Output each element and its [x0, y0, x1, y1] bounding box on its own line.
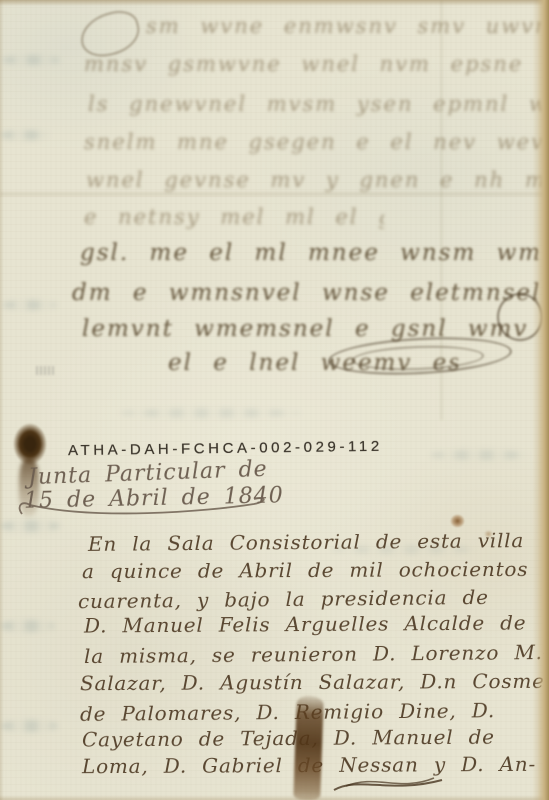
fold-crease	[0, 192, 549, 196]
manuscript-page: sm wvne enmwsnv smv uwvme, nme v mw znvm…	[0, 0, 549, 800]
bleedthrough-mark	[0, 720, 58, 732]
body-line: Cayetano de Tejada, D. Manuel de	[82, 725, 495, 752]
bleedthrough-mark	[120, 408, 300, 418]
body-line: Salazar, D. Agustín Salazar, D.n Cosme	[80, 669, 545, 695]
bleedthrough-mark	[430, 450, 530, 460]
body-line: la misma, se reunieron D. Lorenzo M.ª	[84, 640, 549, 668]
faded-ink-line: mnsv gsmwvne wnel nvm epsne mev lla gnem…	[84, 52, 542, 79]
bleedthrough-mark	[0, 520, 60, 532]
fold-crease	[440, 0, 443, 420]
round-stain	[450, 514, 465, 528]
bleedthrough-mark	[0, 130, 50, 140]
pencil-speck	[36, 366, 56, 375]
faded-ink-line: dm e wmnsnvel wnse eletmnsel nwe mv snel	[72, 280, 542, 307]
faded-ink-line: snelm mne gsegen e el nev wevml mnw el w…	[84, 130, 546, 157]
faded-ink-line: ls gnewvnel mvsm ysen epmnl wve nle wmv …	[88, 92, 542, 119]
page-edge-left	[0, 0, 4, 800]
bleedthrough-mark	[2, 300, 57, 310]
body-line: a quince de Abril de mil ochocientos	[82, 557, 528, 583]
bleedthrough-mark	[0, 620, 55, 632]
body-line: En la Sala Consistorial de esta villa	[88, 528, 524, 556]
faded-ink-line: e netnsy mel ml el gnesnn ev	[84, 205, 384, 232]
body-line: D. Manuel Felis Arguelles Alcalde de	[84, 610, 527, 637]
page-edge-top	[0, 0, 549, 6]
archive-stamp: ATHA-DAH-FCHCA-002-029-112	[68, 438, 383, 459]
page-edge-bottom	[0, 795, 549, 800]
faded-ink-line: wnel gevnse mv y gnen e nh me wl mef nwm	[86, 168, 542, 195]
body-line: cuarenta, y bajo la presidencia de	[78, 585, 489, 613]
faded-ink-line: sm wvne enmwsnv smv uwvme, nme v mw znvm…	[146, 14, 542, 41]
page-edge-right	[532, 0, 549, 800]
bleedthrough-mark	[2, 55, 60, 65]
body-line: de Palomares, D. Remigio Dine, D.	[80, 698, 495, 726]
small-stain	[484, 530, 493, 538]
faded-ink-line: gsl. me el ml mnee wnsm wm gnnl mell nv	[80, 240, 545, 267]
date-underline-flourish	[14, 496, 276, 520]
brown-ink-smear	[293, 696, 324, 800]
